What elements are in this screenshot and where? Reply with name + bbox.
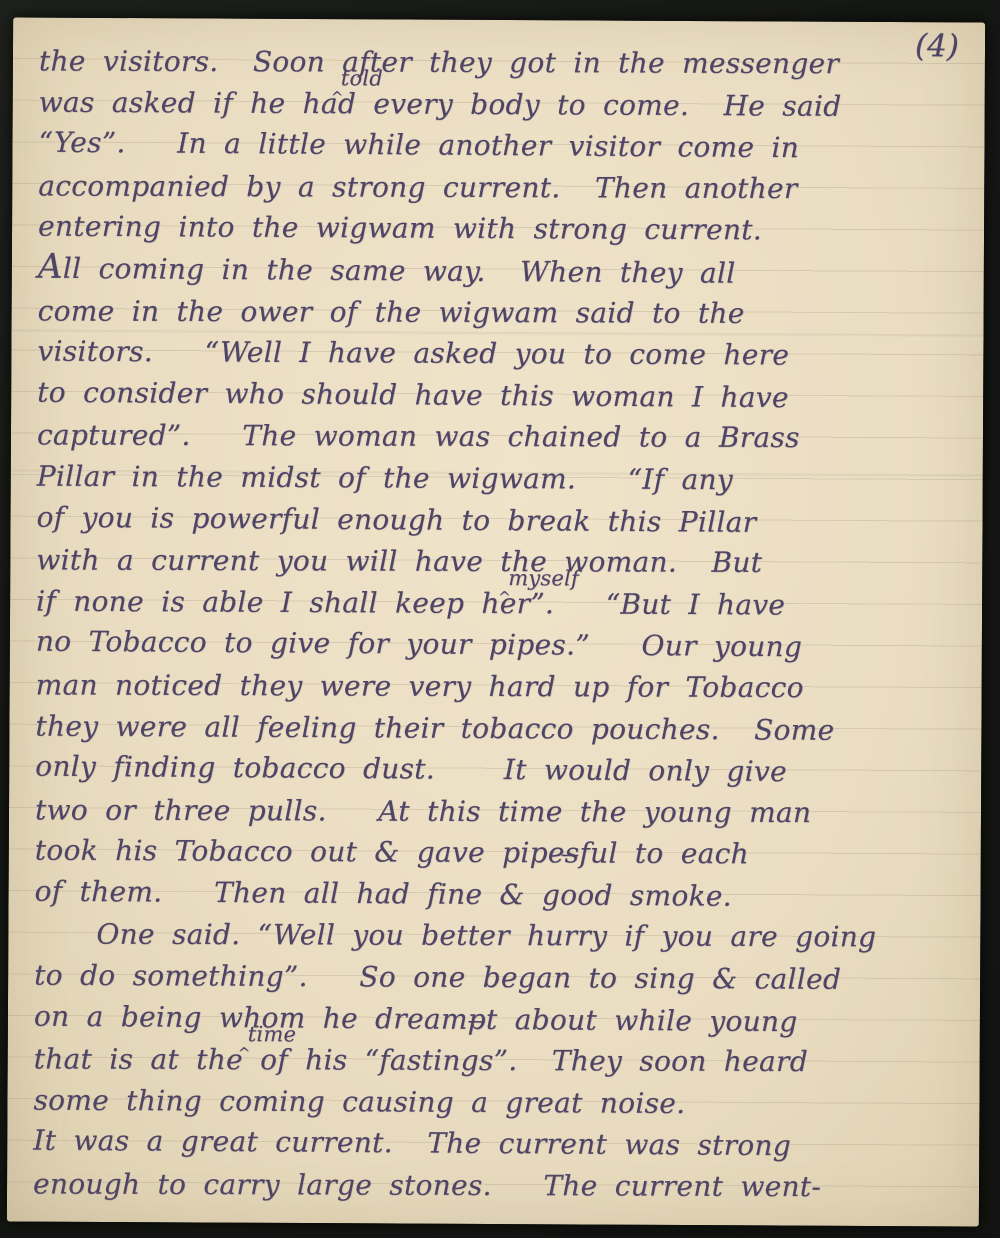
manuscript-line: entering into the wigwam with strong cur… [38,206,972,252]
manuscript-line: Pillar in the midst of the wigwam. “If a… [37,456,971,502]
manuscript-line: All coming in the same way. When they al… [38,247,972,295]
interlinear-insertion: time^ [248,1024,296,1044]
manuscript-line: the visitors. Soon after they got in the… [39,40,973,85]
manuscript-line: to do something”. So one began to sing &… [34,955,968,1001]
manuscript-text-block: the visitors. Soon after they got in the… [33,40,973,1209]
manuscript-line: was asked if he had every body to come. … [39,81,973,127]
manuscript-line: if none is able I shall keep her”. “But … [36,580,970,626]
manuscript-line: on a being whom he dreamp̶t about while … [34,995,968,1043]
manuscript-line: some thing coming causing a great noise. [33,1079,967,1125]
manuscript-line: to consider who should have this woman I… [37,371,971,419]
manuscript-line: took his Tobacco out & gave pipes̶ful to… [35,830,969,876]
caret-mark: ^ [498,590,511,605]
manuscript-line: two or three pulls. At this time the you… [35,789,969,834]
caret-mark: ^ [238,1046,251,1061]
manuscript-line: enough to carry large stones. The curren… [33,1163,967,1208]
manuscript-line: come in the ower of the wigwam said to t… [38,290,972,335]
manuscript-line: that is at the of his “fastings”. They s… [34,1039,968,1084]
manuscript-line: “Yes”. In a little while another visitor… [38,122,972,170]
manuscript-line: visitors. “Well I have asked you to come… [37,331,971,377]
caret-mark: ^ [331,90,344,105]
manuscript-page: (4) the visitors. Soon after they got in… [7,17,985,1226]
manuscript-line: of them. Then all had fine & good smoke. [34,870,968,918]
manuscript-line: captured”. The woman was chained to a Br… [37,415,971,460]
manuscript-line: It was a great current. The current was … [33,1120,967,1168]
manuscript-line: accompanied by a strong current. Then an… [38,165,972,210]
insertion-word: myself [508,566,579,590]
insertion-word: time [248,1022,296,1046]
manuscript-line: man noticed they were very hard up for T… [36,664,970,709]
manuscript-line: no Tobacco to give for your pipes.” Our … [36,621,970,669]
insertion-word: told [341,66,383,90]
manuscript-line: with a current you will have the woman. … [36,540,970,585]
manuscript-line: of you is powerful enough to break this … [36,496,970,544]
interlinear-insertion: told^ [341,68,383,88]
manuscript-line: One said. “Well you better hurry if you … [34,914,968,959]
manuscript-line: they were all feeling their tobacco pouc… [35,705,969,751]
scan-backdrop: (4) the visitors. Soon after they got in… [0,0,1000,1238]
interlinear-insertion: myself^ [508,568,579,588]
manuscript-line: only finding tobacco dust. It would only… [35,746,969,794]
